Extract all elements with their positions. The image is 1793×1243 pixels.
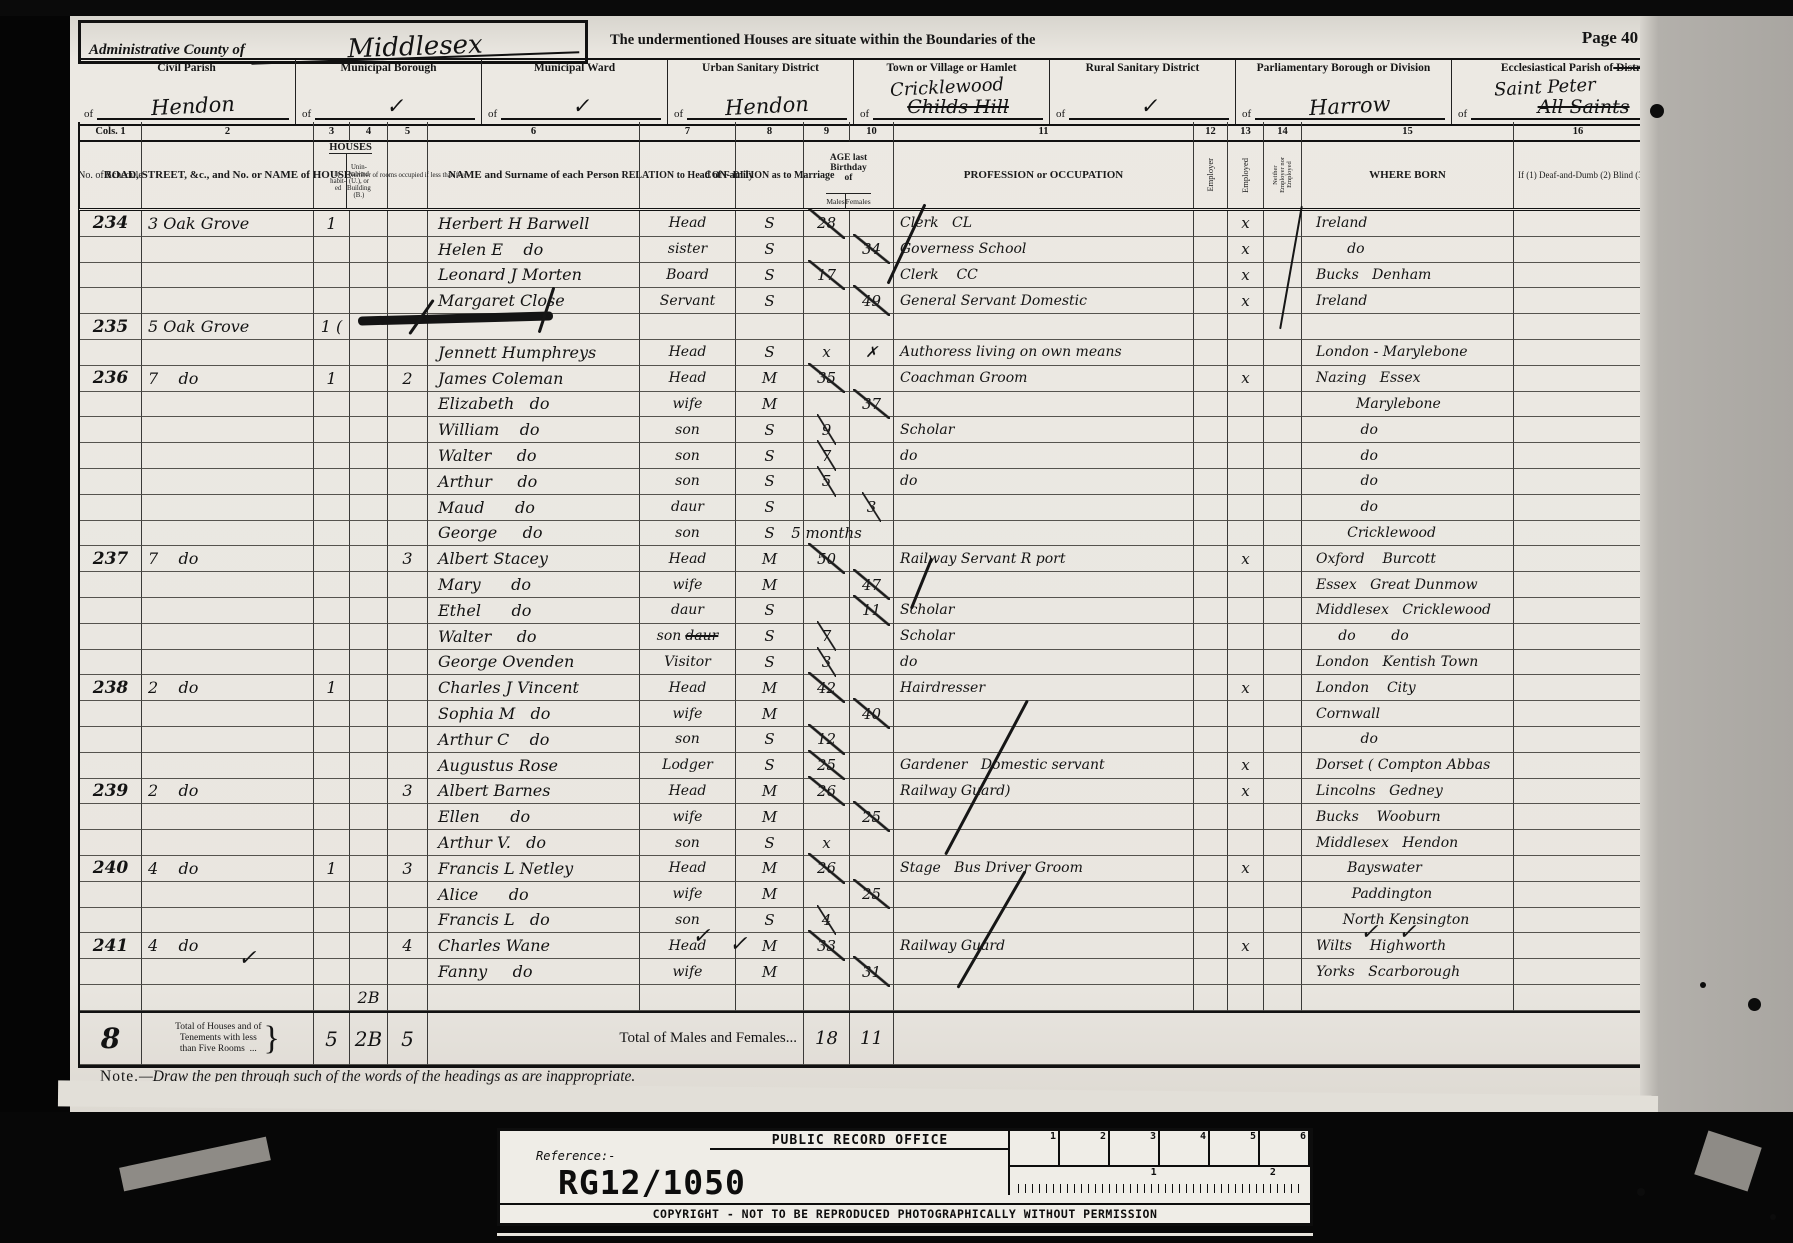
cell-inhabited: 1 xyxy=(314,366,350,392)
cell-infirm xyxy=(1514,263,1642,289)
cell-age-male xyxy=(804,495,850,521)
cell-employed xyxy=(1228,314,1264,340)
cell-occupation: Hairdresser xyxy=(894,675,1194,701)
cell-employer xyxy=(1194,469,1228,495)
cell-rooms xyxy=(388,598,428,624)
cell-rooms xyxy=(388,237,428,263)
scan-speck xyxy=(1650,104,1664,118)
cell-employer xyxy=(1194,237,1228,263)
cell-name: George do xyxy=(428,521,640,547)
district-box-1: Municipal Boroughof✓ xyxy=(296,60,482,124)
ruler-cm-mark: 1 xyxy=(1149,1167,1159,1178)
cell-age-male: 26 xyxy=(804,856,850,882)
district-box-2: Municipal Wardof✓ xyxy=(482,60,668,124)
cell-road xyxy=(142,521,314,547)
cell-schedule: 238 xyxy=(80,675,142,701)
cell-employer xyxy=(1194,804,1228,830)
district-header-band: Civil ParishofHendonMunicipal Boroughof✓… xyxy=(78,58,1702,126)
header-age: AGE last Birthday of xyxy=(830,142,867,193)
cell-occupation: Governess School xyxy=(894,237,1194,263)
cell-employed xyxy=(1228,830,1264,856)
cell-condition: S xyxy=(736,211,804,237)
cell-neither xyxy=(1264,546,1302,572)
cell-inhabited xyxy=(314,521,350,547)
cell-inhabited xyxy=(314,288,350,314)
cell-condition: S xyxy=(736,237,804,263)
copyright-notice: COPYRIGHT - NOT TO BE REPRODUCED PHOTOGR… xyxy=(500,1203,1310,1223)
cell-employer xyxy=(1194,727,1228,753)
cell-name: Augustus Rose xyxy=(428,753,640,779)
cell-rooms xyxy=(388,443,428,469)
cell-schedule: 234 xyxy=(80,211,142,237)
cell-relation: son xyxy=(640,521,736,547)
cell-rooms xyxy=(388,727,428,753)
cell-employer xyxy=(1194,650,1228,676)
cell-occupation xyxy=(894,521,1194,547)
cell-born: Middlesex Cricklewood xyxy=(1302,598,1514,624)
cell-employer xyxy=(1194,443,1228,469)
cell-schedule xyxy=(80,908,142,934)
pen-checkmark: ✓ xyxy=(692,924,710,949)
ruler: 123456 12 xyxy=(1008,1131,1310,1195)
cell-relation: Head xyxy=(640,340,736,366)
cell-born: do xyxy=(1302,237,1514,263)
cell-rooms xyxy=(388,288,428,314)
cell-occupation: Railway Servant R port xyxy=(894,546,1194,572)
cell-rooms xyxy=(388,908,428,934)
cell-relation: Board xyxy=(640,263,736,289)
district-value: Harrow xyxy=(1309,94,1391,118)
cell-condition: S xyxy=(736,263,804,289)
cell-condition: S xyxy=(736,340,804,366)
cell-condition: S xyxy=(736,624,804,650)
cell-road xyxy=(142,753,314,779)
cell-rooms xyxy=(388,650,428,676)
cell-schedule xyxy=(80,495,142,521)
cell-rooms xyxy=(388,624,428,650)
reference-number: RG12/1050 xyxy=(558,1163,746,1202)
cell-employer xyxy=(1194,211,1228,237)
cell-age-female xyxy=(850,985,894,1011)
cell-born: Oxford Burcott xyxy=(1302,546,1514,572)
cell-born: Yorks Scarborough xyxy=(1302,959,1514,985)
totals-males-females-label: Total of Males and Females... xyxy=(619,1030,797,1047)
cell-schedule xyxy=(80,882,142,908)
cell-condition: M xyxy=(736,804,804,830)
cell-schedule xyxy=(80,598,142,624)
ruler-cm-mark: 2 xyxy=(1268,1167,1278,1178)
cell-relation: wife xyxy=(640,392,736,418)
cell-employer xyxy=(1194,882,1228,908)
cell-age-female xyxy=(850,727,894,753)
ruler-inch-mark: 1 xyxy=(1010,1131,1060,1165)
cell-employed xyxy=(1228,598,1264,624)
district-box-3: Urban Sanitary DistrictofHendon xyxy=(668,60,854,124)
cell-road: 7 do xyxy=(142,366,314,392)
cell-infirm xyxy=(1514,392,1642,418)
cell-name: Francis L Netley xyxy=(428,856,640,882)
cell-employed xyxy=(1228,804,1264,830)
cell-age-male: 35 xyxy=(804,366,850,392)
header-age-group: AGE last Birthday of Males Females xyxy=(804,142,894,208)
cell-neither xyxy=(1264,753,1302,779)
cell-rooms xyxy=(388,572,428,598)
cell-infirm xyxy=(1514,753,1642,779)
cell-inhabited xyxy=(314,340,350,366)
cell-employer xyxy=(1194,288,1228,314)
cell-employed: x xyxy=(1228,211,1264,237)
cell-born: Paddington xyxy=(1302,882,1514,908)
cell-employed: x xyxy=(1228,779,1264,805)
cell-rooms xyxy=(388,469,428,495)
cell-age-male xyxy=(804,985,850,1011)
cell-age-male: 42 xyxy=(804,675,850,701)
cell-schedule: 236 xyxy=(80,366,142,392)
cell-infirm xyxy=(1514,546,1642,572)
district-box-4: Town or Village or HamletofChilds HillCr… xyxy=(854,60,1050,124)
cell-employer xyxy=(1194,959,1228,985)
cell-relation: Head xyxy=(640,546,736,572)
cell-relation: son xyxy=(640,727,736,753)
cell-infirm xyxy=(1514,908,1642,934)
cell-occupation: Stage Bus Driver Groom xyxy=(894,856,1194,882)
cell-relation: wife xyxy=(640,572,736,598)
header-females: Females xyxy=(845,194,871,208)
cell-age-female: 3 xyxy=(850,495,894,521)
col-number-3: 3 xyxy=(314,122,350,142)
cell-infirm xyxy=(1514,882,1642,908)
scan-speck xyxy=(1748,998,1761,1011)
cell-relation: daur xyxy=(640,495,736,521)
ruler-inches: 123456 xyxy=(1010,1131,1310,1167)
cell-occupation: Clerk CC xyxy=(894,263,1194,289)
cell-condition: S xyxy=(736,650,804,676)
cell-born: Bucks Wooburn xyxy=(1302,804,1514,830)
cell-uninhabited xyxy=(350,753,388,779)
cell-infirm xyxy=(1514,366,1642,392)
cell-schedule xyxy=(80,392,142,418)
cell-occupation xyxy=(894,314,1194,340)
cell-neither xyxy=(1264,624,1302,650)
cell-road xyxy=(142,985,314,1011)
cell-schedule xyxy=(80,263,142,289)
cell-name: Albert Stacey xyxy=(428,546,640,572)
cell-relation: Head xyxy=(640,211,736,237)
cell-employed xyxy=(1228,469,1264,495)
cell-name: Walter do xyxy=(428,443,640,469)
cell-neither xyxy=(1264,495,1302,521)
cell-neither xyxy=(1264,469,1302,495)
totals-schedule: 8 xyxy=(101,1022,120,1055)
district-label: Town or Village or Hamlet xyxy=(860,62,1043,74)
cell-occupation: General Servant Domestic xyxy=(894,288,1194,314)
cell-employer xyxy=(1194,985,1228,1011)
cell-road xyxy=(142,237,314,263)
cell-employed xyxy=(1228,908,1264,934)
totals-males: 18 xyxy=(815,1028,838,1049)
cell-inhabited: 1 xyxy=(314,675,350,701)
cell-rooms: 2 xyxy=(388,366,428,392)
cell-inhabited xyxy=(314,779,350,805)
cell-uninhabited xyxy=(350,856,388,882)
cell-schedule xyxy=(80,340,142,366)
cell-condition: M xyxy=(736,366,804,392)
census-scan: Administrative County of Middlesex The u… xyxy=(0,0,1793,1243)
cell-employed xyxy=(1228,495,1264,521)
cell-inhabited xyxy=(314,650,350,676)
cell-inhabited xyxy=(314,263,350,289)
cell-relation: wife xyxy=(640,959,736,985)
cell-condition: M xyxy=(736,856,804,882)
cell-uninhabited xyxy=(350,237,388,263)
district-of: of xyxy=(84,108,93,120)
district-label: Municipal Ward xyxy=(488,62,661,74)
cell-name: Walter do xyxy=(428,624,640,650)
cell-uninhabited xyxy=(350,650,388,676)
cell-age-male xyxy=(804,314,850,340)
cell-road xyxy=(142,263,314,289)
cell-infirm xyxy=(1514,959,1642,985)
cell-uninhabited xyxy=(350,701,388,727)
cell-employer xyxy=(1194,314,1228,340)
cell-born: Middlesex Hendon xyxy=(1302,830,1514,856)
cell-inhabited xyxy=(314,804,350,830)
cell-occupation: Railway Guard xyxy=(894,933,1194,959)
cell-uninhabited xyxy=(350,882,388,908)
cell-relation: sister xyxy=(640,237,736,263)
header-road: ROAD, STREET, &c., and No. or NAME of HO… xyxy=(142,142,314,208)
cell-neither xyxy=(1264,443,1302,469)
cell-name: Ethel do xyxy=(428,598,640,624)
cell-name: Albert Barnes xyxy=(428,779,640,805)
cell-inhabited: 1 xyxy=(314,211,350,237)
cell-uninhabited xyxy=(350,211,388,237)
cell-neither xyxy=(1264,804,1302,830)
cell-relation: Lodger xyxy=(640,753,736,779)
cell-infirm xyxy=(1514,314,1642,340)
district-label: Civil Parish xyxy=(84,62,289,74)
cell-name: Charles Wane xyxy=(428,933,640,959)
cell-uninhabited xyxy=(350,263,388,289)
cell-condition xyxy=(736,985,804,1011)
cell-condition: S xyxy=(736,417,804,443)
cell-employer xyxy=(1194,546,1228,572)
header-males: Males xyxy=(826,194,844,208)
cell-employer xyxy=(1194,340,1228,366)
district-of: of xyxy=(1242,108,1251,120)
ruler-inch-mark: 4 xyxy=(1160,1131,1210,1165)
cell-relation: son xyxy=(640,417,736,443)
cell-employed xyxy=(1228,340,1264,366)
pro-stamp: PUBLIC RECORD OFFICE Reference:- RG12/10… xyxy=(497,1128,1313,1226)
cell-born: Lincolns Gedney xyxy=(1302,779,1514,805)
header-neither: Neither Employer nor Employed xyxy=(1272,157,1293,193)
cell-employed xyxy=(1228,727,1264,753)
cell-born: Marylebone xyxy=(1302,392,1514,418)
cell-age-female: 25 xyxy=(850,804,894,830)
col-number-10: 10 xyxy=(850,122,894,142)
cell-uninhabited: 2B xyxy=(350,985,388,1011)
cell-employed xyxy=(1228,572,1264,598)
cell-inhabited xyxy=(314,753,350,779)
cell-relation xyxy=(640,985,736,1011)
cell-inhabited xyxy=(314,830,350,856)
cell-road xyxy=(142,392,314,418)
pen-checkmark: ✓ xyxy=(729,932,747,957)
cell-uninhabited xyxy=(350,959,388,985)
cell-infirm xyxy=(1514,598,1642,624)
cell-employer xyxy=(1194,417,1228,443)
cell-age-male xyxy=(804,804,850,830)
cell-born: do xyxy=(1302,495,1514,521)
header-condition: CON- DITION as to Marriage xyxy=(736,142,804,208)
ruler-centimetres: 12 xyxy=(1018,1167,1302,1193)
cell-born: Cornwall xyxy=(1302,701,1514,727)
cell-condition: S xyxy=(736,495,804,521)
cell-schedule xyxy=(80,288,142,314)
cell-age-female: 40 xyxy=(850,701,894,727)
cell-schedule xyxy=(80,443,142,469)
cell-rooms xyxy=(388,211,428,237)
cell-age-female xyxy=(850,908,894,934)
cell-infirm xyxy=(1514,804,1642,830)
cell-age-female xyxy=(850,314,894,340)
cell-road xyxy=(142,443,314,469)
cell-schedule: 235 xyxy=(80,314,142,340)
cell-inhabited xyxy=(314,417,350,443)
cell-uninhabited xyxy=(350,392,388,418)
cell-schedule: 237 xyxy=(80,546,142,572)
cell-rooms xyxy=(388,830,428,856)
cell-inhabited xyxy=(314,882,350,908)
cell-name: Herbert H Barwell xyxy=(428,211,640,237)
undermentioned-text: The undermentioned Houses are situate wi… xyxy=(610,32,1250,49)
cell-occupation xyxy=(894,959,1194,985)
cell-infirm xyxy=(1514,856,1642,882)
cell-neither xyxy=(1264,779,1302,805)
cell-occupation: do xyxy=(894,443,1194,469)
cell-condition: S xyxy=(736,598,804,624)
cell-condition: M xyxy=(736,882,804,908)
cell-rooms xyxy=(388,263,428,289)
cell-employer xyxy=(1194,598,1228,624)
cell-inhabited: 1 ( xyxy=(314,314,350,340)
district-box-5: Rural Sanitary Districtof✓ xyxy=(1050,60,1236,124)
cell-neither xyxy=(1264,675,1302,701)
cell-age-male: 50 xyxy=(804,546,850,572)
cell-rooms xyxy=(388,675,428,701)
cell-schedule xyxy=(80,985,142,1011)
cell-born: do xyxy=(1302,443,1514,469)
header-born: WHERE BORN xyxy=(1302,142,1514,208)
cell-born: Cricklewood xyxy=(1302,521,1514,547)
cell-infirm xyxy=(1514,830,1642,856)
cell-name: Charles J Vincent xyxy=(428,675,640,701)
cell-born xyxy=(1302,314,1514,340)
cell-infirm xyxy=(1514,288,1642,314)
cell-neither xyxy=(1264,701,1302,727)
cell-condition: M xyxy=(736,392,804,418)
cell-employer xyxy=(1194,495,1228,521)
cell-occupation: Scholar xyxy=(894,624,1194,650)
cell-occupation xyxy=(894,572,1194,598)
cell-schedule xyxy=(80,469,142,495)
cell-inhabited xyxy=(314,933,350,959)
cell-born: do do xyxy=(1302,624,1514,650)
col-number-5: 5 xyxy=(388,122,428,142)
cell-condition: M xyxy=(736,701,804,727)
cell-rooms xyxy=(388,985,428,1011)
cell-age-female: 49 xyxy=(850,288,894,314)
cell-road xyxy=(142,598,314,624)
cell-occupation xyxy=(894,985,1194,1011)
cell-neither xyxy=(1264,598,1302,624)
cell-rooms xyxy=(388,392,428,418)
cell-born: London - Marylebone xyxy=(1302,340,1514,366)
cell-infirm xyxy=(1514,701,1642,727)
cell-uninhabited xyxy=(350,443,388,469)
cell-employed: x xyxy=(1228,366,1264,392)
cell-occupation: do xyxy=(894,469,1194,495)
cell-born: Dorset ( Compton Abbas xyxy=(1302,753,1514,779)
cell-neither xyxy=(1264,417,1302,443)
cell-name: James Coleman xyxy=(428,366,640,392)
totals-females: 11 xyxy=(860,1028,883,1049)
ruler-inch-mark: 6 xyxy=(1260,1131,1310,1165)
district-value: ✓ xyxy=(386,96,405,117)
cell-employed: x xyxy=(1228,237,1264,263)
cell-name: George Ovenden xyxy=(428,650,640,676)
cell-relation xyxy=(640,314,736,340)
cell-uninhabited xyxy=(350,675,388,701)
cell-schedule xyxy=(80,727,142,753)
cell-occupation xyxy=(894,701,1194,727)
cell-age-female xyxy=(850,417,894,443)
page-edge-sliver xyxy=(497,1233,1313,1236)
cell-infirm xyxy=(1514,727,1642,753)
cell-name: Leonard J Morten xyxy=(428,263,640,289)
cell-occupation xyxy=(894,804,1194,830)
cell-inhabited xyxy=(314,598,350,624)
cell-occupation: do xyxy=(894,650,1194,676)
cell-employed xyxy=(1228,624,1264,650)
census-entries: 2343 Oak Grove1Herbert H BarwellHeadS28C… xyxy=(78,211,1644,1011)
cell-neither xyxy=(1264,650,1302,676)
cell-name: Francis L do xyxy=(428,908,640,934)
cell-infirm xyxy=(1514,469,1642,495)
col-number-15: 15 xyxy=(1302,122,1514,142)
district-of: of xyxy=(674,108,683,120)
totals-houses-label: Total of Houses and of Tenements with le… xyxy=(175,1022,261,1055)
cell-inhabited xyxy=(314,959,350,985)
cell-name: Elizabeth do xyxy=(428,392,640,418)
cell-age-female: ✗ xyxy=(850,340,894,366)
cell-condition: S xyxy=(736,908,804,934)
district-value: ✓ xyxy=(1140,96,1159,117)
cell-inhabited xyxy=(314,572,350,598)
cell-name: Maud do xyxy=(428,495,640,521)
cell-rooms xyxy=(388,521,428,547)
cell-employed xyxy=(1228,882,1264,908)
cell-employer xyxy=(1194,779,1228,805)
cell-occupation: Scholar xyxy=(894,417,1194,443)
cell-inhabited xyxy=(314,469,350,495)
cell-road: 4 do xyxy=(142,933,314,959)
cell-rooms xyxy=(388,804,428,830)
cell-schedule xyxy=(80,650,142,676)
cell-name: Arthur V. do xyxy=(428,830,640,856)
totals-rooms: 5 xyxy=(401,1027,414,1051)
